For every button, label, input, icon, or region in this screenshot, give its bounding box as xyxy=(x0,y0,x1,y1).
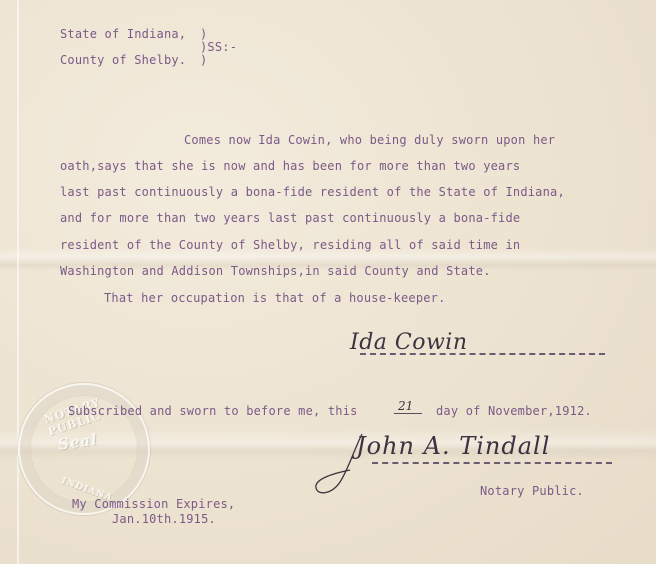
body-line-4: and for more than two years last past co… xyxy=(60,211,520,225)
venue-state: State of Indiana, xyxy=(60,27,186,41)
jurat-day: 21 xyxy=(398,399,413,413)
venue-ss: )SS:- xyxy=(200,40,237,54)
affiant-signature-line xyxy=(360,353,605,355)
paper-fold-line xyxy=(17,0,19,564)
jurat-day-underline xyxy=(394,413,422,414)
body-line-2: oath,says that she is now and has been f… xyxy=(60,159,520,173)
commission-date: Jan.10th.1915. xyxy=(112,512,216,526)
notary-signature-line xyxy=(372,462,612,464)
notary-title: Notary Public. xyxy=(480,484,584,498)
body-line-6: Washington and Addison Townships,in said… xyxy=(60,264,491,278)
notary-seal-icon: NOTARY PUBLIC Seal INDIANA xyxy=(18,383,150,515)
body-line-3: last past continuously a bona-fide resid… xyxy=(60,185,565,199)
venue-county: County of Shelby. xyxy=(60,53,186,67)
body-line-1: Comes now Ida Cowin, who being duly swor… xyxy=(184,133,555,147)
notary-signature: John A. Tindall xyxy=(356,432,550,460)
body-line-5: resident of the County of Shelby, residi… xyxy=(60,238,520,252)
jurat-suffix: day of November,1912. xyxy=(436,404,592,418)
commission-label: My Commission Expires, xyxy=(72,497,235,511)
jurat-prefix: Subscribed and sworn to before me, this xyxy=(68,404,358,418)
venue-brace-bottom: ) xyxy=(200,53,207,67)
document-page: State of Indiana, County of Shelby. ) )S… xyxy=(0,0,656,564)
affiant-signature: Ida Cowin xyxy=(350,330,468,355)
venue-brace-top: ) xyxy=(200,27,207,41)
occupation-line: That her occupation is that of a house-k… xyxy=(104,291,446,305)
